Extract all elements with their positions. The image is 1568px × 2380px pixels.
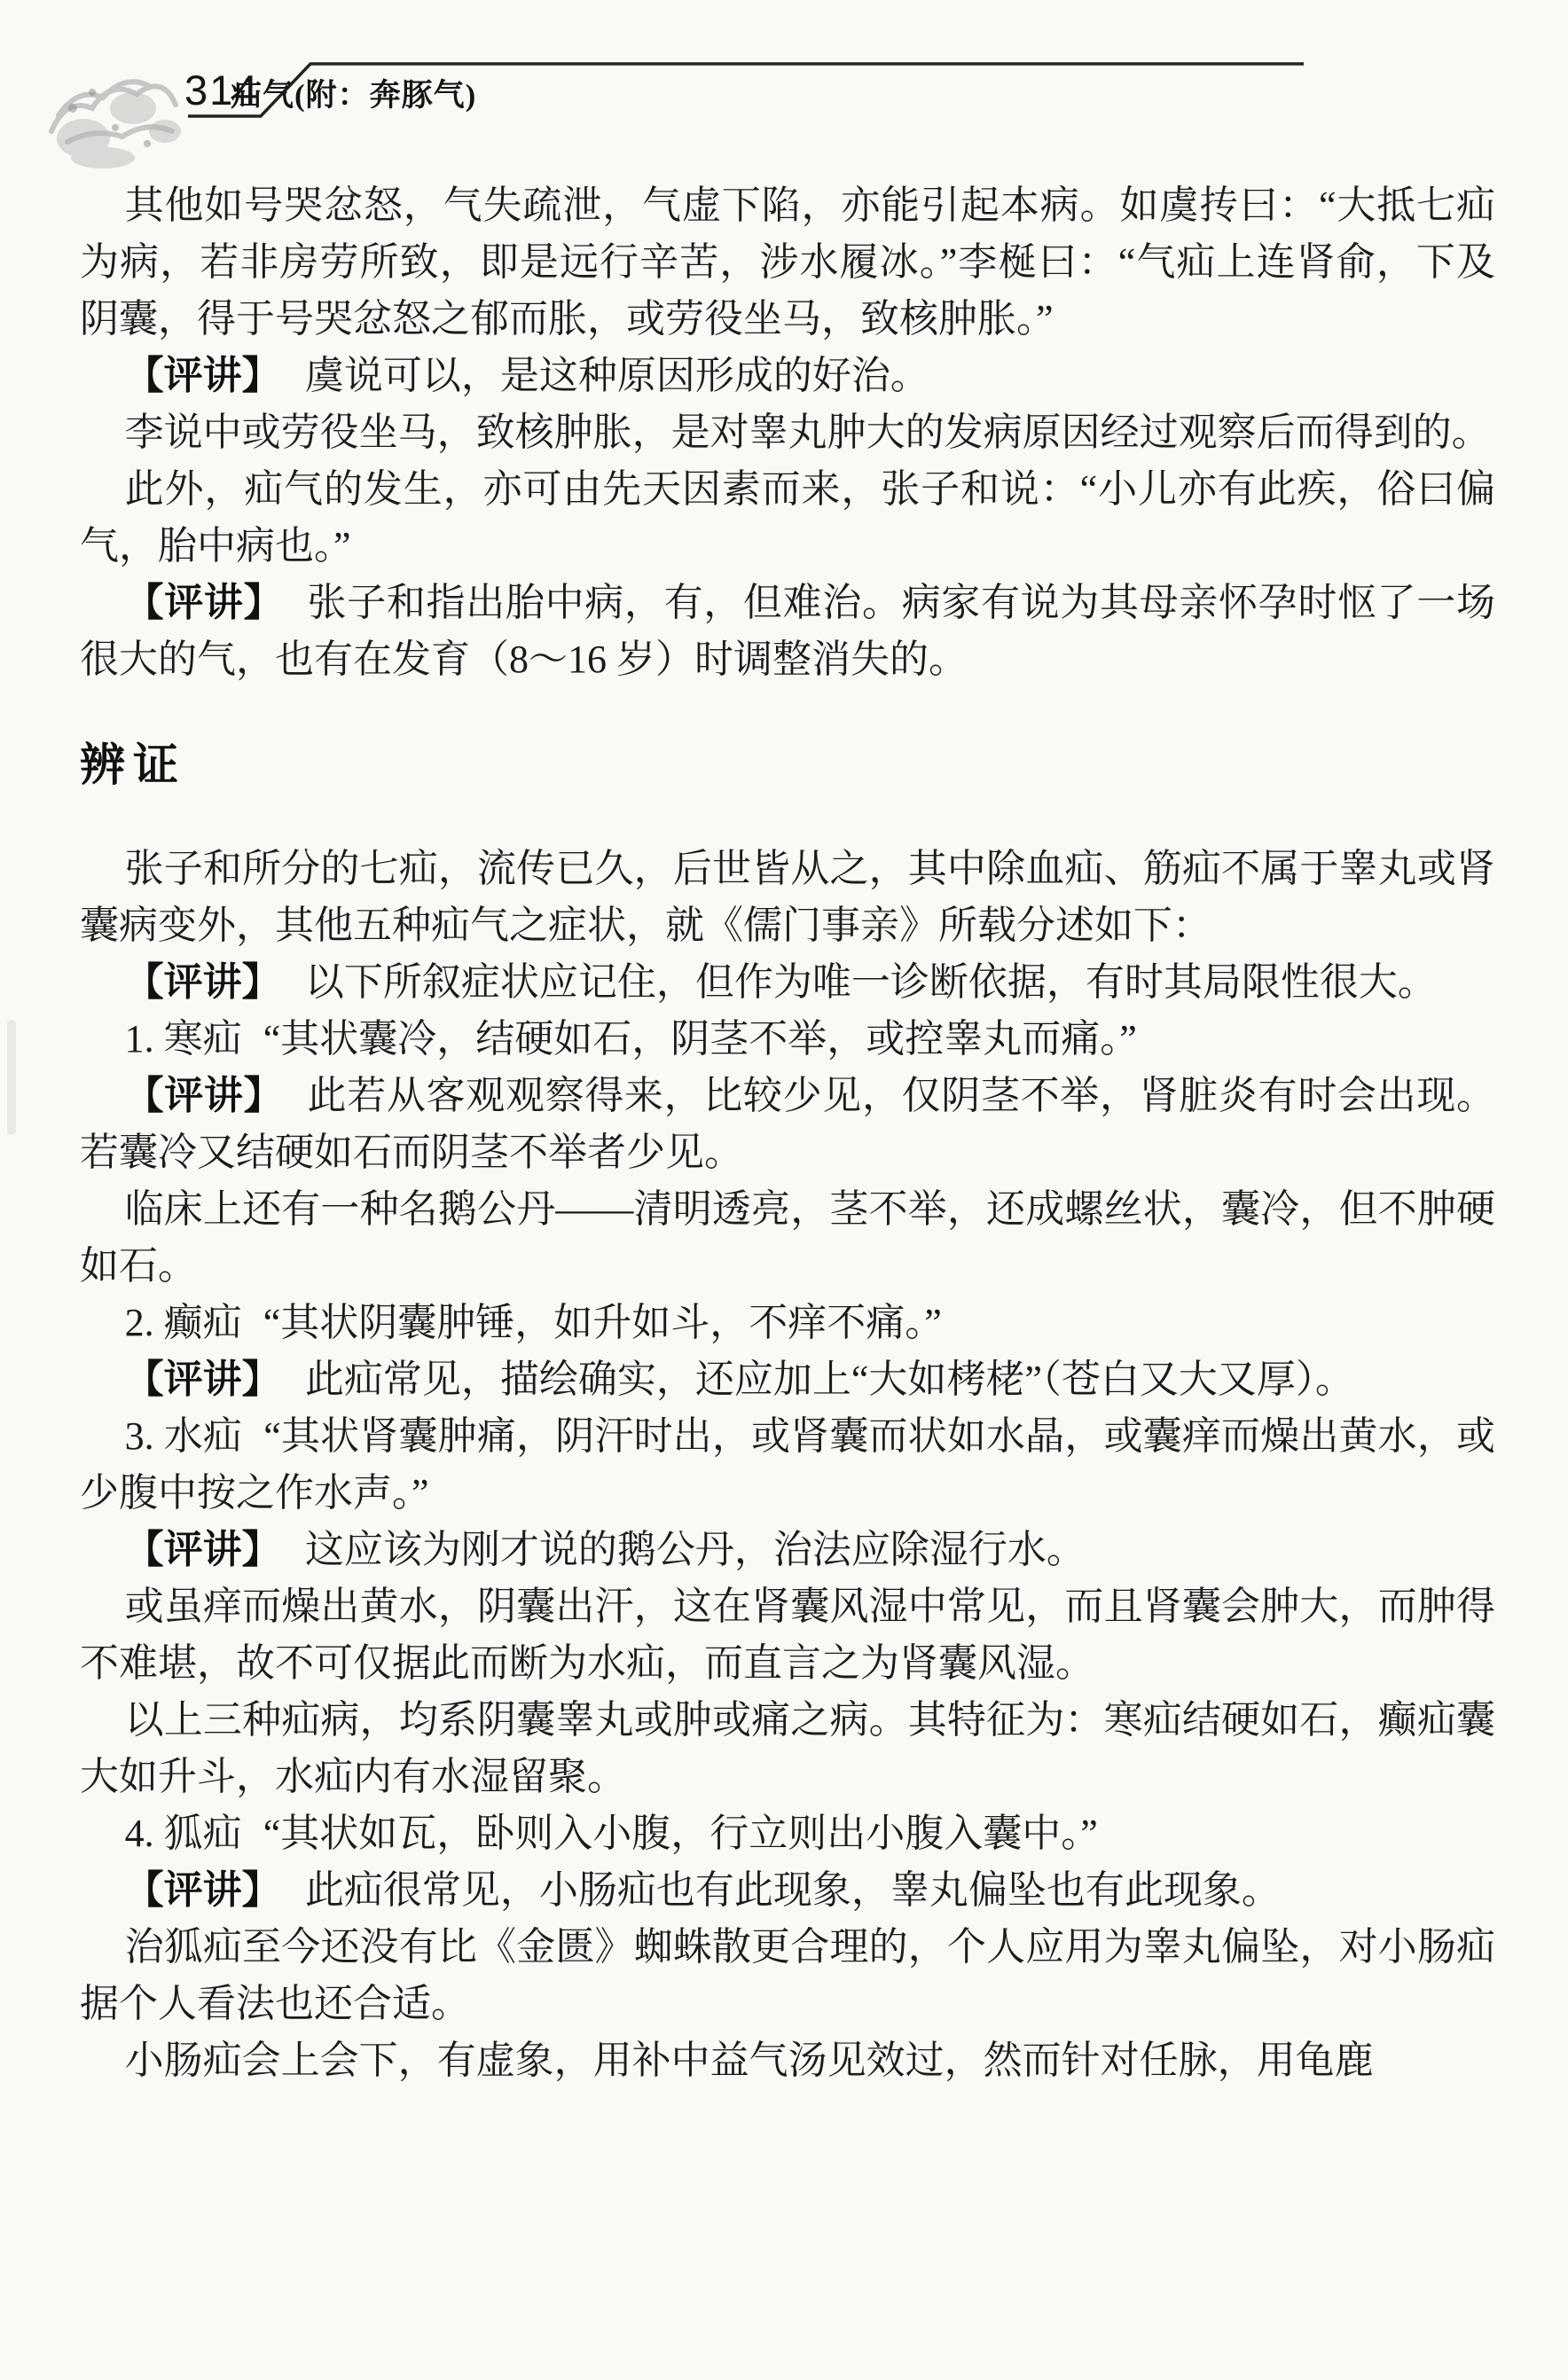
comment-label: 【评讲】 <box>125 1868 281 1912</box>
comment-text: 这应该为刚才说的鹅公丹，治法应除湿行水。 <box>305 1528 1086 1571</box>
comment-label: 【评讲】 <box>125 1358 281 1401</box>
paragraph: 张子和所分的七疝，流传已久，后世皆从之，其中除血疝、筋疝不属于睾丸或肾囊病变外，… <box>80 841 1495 954</box>
paragraph: 治狐疝至今还没有比《金匮》蜘蛛散更合理的，个人应用为睾丸偏坠，对小肠疝据个人看法… <box>80 1919 1495 2032</box>
paragraph: 以上三种疝病，均系阴囊睾丸或肿或痛之病。其特征为：寒疝结硬如石，癫疝囊大如升斗，… <box>80 1692 1495 1805</box>
item-text: “其状囊冷，结硬如石，阴茎不举，或控睾丸而痛。” <box>263 1017 1137 1061</box>
comment-paragraph: 【评讲】此若从客观观察得来，比较少见，仅阴茎不举，肾脏炎有时会出现。若囊冷又结硬… <box>80 1068 1495 1181</box>
item-paragraph: 2. 癫疝“其状阴囊肿锤，如升如斗，不痒不痛。” <box>80 1295 1495 1351</box>
comment-paragraph: 【评讲】虞说可以，是这种原因形成的好治。 <box>80 348 1495 404</box>
item-paragraph: 4. 狐疝“其状如瓦，卧则入小腹，行立则出小腹入囊中。” <box>80 1805 1495 1862</box>
comment-text: 张子和指出胎中病，有，但难治。病家有说为其母亲怀孕时怄了一场很大的气，也有在发育… <box>80 581 1495 681</box>
comment-paragraph: 【评讲】张子和指出胎中病，有，但难治。病家有说为其母亲怀孕时怄了一场很大的气，也… <box>80 575 1495 688</box>
item-text: “其状阴囊肿锤，如升如斗，不痒不痛。” <box>263 1301 942 1344</box>
comment-text: 以下所叙症状应记住，但作为唯一诊断依据，有时其局限性很大。 <box>305 960 1437 1004</box>
comment-paragraph: 【评讲】此疝常见，描绘确实，还应加上“大如栲栳”（苍白又大又厚）。 <box>80 1351 1495 1408</box>
item-text: “其状肾囊肿痛，阴汗时出，或肾囊而状如水晶，或囊痒而燥出黄水，或少腹中按之作水声… <box>80 1414 1495 1515</box>
paragraph: 此外，疝气的发生，亦可由先天因素而来，张子和说：“小儿亦有此疾，俗曰偏气，胎中病… <box>80 461 1495 575</box>
paragraph: 临床上还有一种名鹅公丹——清明透亮，茎不举，还成螺丝状，囊冷，但不肿硬如石。 <box>80 1181 1495 1295</box>
item-paragraph: 1. 寒疝“其状囊冷，结硬如石，阴茎不举，或控睾丸而痛。” <box>80 1011 1495 1068</box>
comment-text: 此疝很常见，小肠疝也有此现象，睾丸偏坠也有此现象。 <box>305 1868 1281 1912</box>
comment-label: 【评讲】 <box>125 581 284 624</box>
paragraph: 小肠疝会上会下，有虚象，用补中益气汤见效过，然而针对任脉，用龟鹿 <box>80 2032 1495 2089</box>
page-header: 314 疝气(附：奔豚气) <box>0 0 1568 177</box>
paragraph: 其他如号哭忿怒，气失疏泄，气虚下陷，亦能引起本病。如虞抟曰：“大抵七疝为病，若非… <box>80 177 1495 348</box>
comment-paragraph: 【评讲】此疝很常见，小肠疝也有此现象，睾丸偏坠也有此现象。 <box>80 1862 1495 1919</box>
paragraph: 或虽痒而燥出黄水，阴囊出汗，这在肾囊风湿中常见，而且肾囊会肿大，而肿得不难堪，故… <box>80 1578 1495 1692</box>
scanned-book-page: 314 疝气(附：奔豚气) 其他如号哭忿怒，气失疏泄，气虚下陷，亦能引起本病。如… <box>0 0 1568 2380</box>
item-label: 2. 癫疝 <box>125 1301 242 1344</box>
comment-label: 【评讲】 <box>125 960 281 1004</box>
item-paragraph: 3. 水疝“其状肾囊肿痛，阴汗时出，或肾囊而状如水晶，或囊痒而燥出黄水，或少腹中… <box>80 1408 1495 1522</box>
comment-text: 此若从客观观察得来，比较少见，仅阴茎不举，肾脏炎有时会出现。若囊冷又结硬如石而阴… <box>80 1074 1495 1174</box>
page-body: 其他如号哭忿怒，气失疏泄，气虚下陷，亦能引起本病。如虞抟曰：“大抵七疝为病，若非… <box>80 177 1495 2089</box>
paragraph: 李说中或劳役坐马，致核肿胀，是对睾丸肿大的发病原因经过观察后而得到的。 <box>80 404 1495 461</box>
comment-paragraph: 【评讲】以下所叙症状应记住，但作为唯一诊断依据，有时其局限性很大。 <box>80 954 1495 1011</box>
chapter-title: 疝气(附：奔豚气) <box>231 71 476 115</box>
item-text: “其状如瓦，卧则入小腹，行立则出小腹入囊中。” <box>263 1812 1098 1855</box>
comment-text: 此疝常见，描绘确实，还应加上“大如栲栳”（苍白又大又厚）。 <box>305 1358 1354 1401</box>
comment-label: 【评讲】 <box>125 1528 281 1571</box>
comment-paragraph: 【评讲】这应该为刚才说的鹅公丹，治法应除湿行水。 <box>80 1522 1495 1578</box>
item-label: 4. 狐疝 <box>125 1812 242 1855</box>
comment-text: 虞说可以，是这种原因形成的好治。 <box>305 354 929 397</box>
section-heading: 辨证 <box>80 738 1495 795</box>
scan-artifact <box>7 1020 16 1135</box>
comment-label: 【评讲】 <box>125 1074 284 1117</box>
comment-label: 【评讲】 <box>125 354 281 397</box>
item-label: 3. 水疝 <box>125 1414 243 1458</box>
item-label: 1. 寒疝 <box>125 1017 242 1061</box>
